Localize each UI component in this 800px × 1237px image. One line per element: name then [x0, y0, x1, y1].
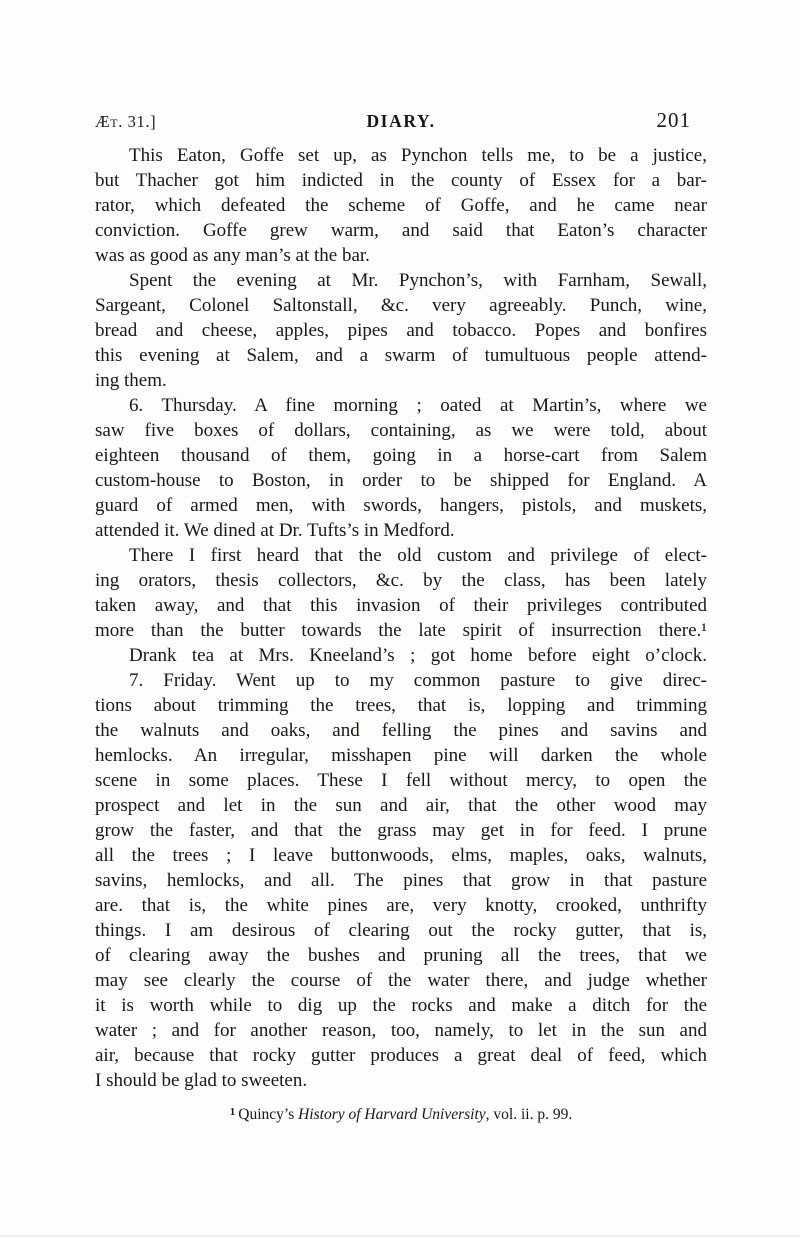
text-line: conviction. Goffe grew warm, and said th… — [95, 218, 707, 243]
text-line: Sargeant, Colonel Saltonstall, &c. very … — [95, 293, 707, 318]
text-line: grow the faster, and that the grass may … — [95, 818, 707, 843]
footnote-book-title: History of Harvard University — [298, 1106, 486, 1123]
text-line: but Thacher got him indicted in the coun… — [95, 168, 707, 193]
text-line: the walnuts and oaks, and felling the pi… — [95, 718, 707, 743]
text-line: ing orators, thesis collectors, &c. by t… — [95, 568, 707, 593]
text-line: rator, which defeated the scheme of Goff… — [95, 193, 707, 218]
text-line: water ; and for another reason, too, nam… — [95, 1018, 707, 1043]
text-line: guard of armed men, with swords, hangers… — [95, 493, 707, 518]
header-title: DIARY. — [95, 111, 707, 132]
text-line: ing them. — [95, 368, 707, 393]
text-line: I should be glad to sweeten. — [95, 1068, 707, 1093]
text-line: 6. Thursday. A fine morning ; oated at M… — [95, 393, 707, 418]
text-line: prospect and let in the sun and air, tha… — [95, 793, 707, 818]
text-line: things. I am desirous of clearing out th… — [95, 918, 707, 943]
text-line: saw five boxes of dollars, containing, a… — [95, 418, 707, 443]
text-line: hemlocks. An irregular, misshapen pine w… — [95, 743, 707, 768]
text-line: Drank tea at Mrs. Kneeland’s ; got home … — [95, 643, 707, 668]
text-line: attended it. We dined at Dr. Tufts’s in … — [95, 518, 707, 543]
text-line: all the trees ; I leave buttonwoods, elm… — [95, 843, 707, 868]
text-line: it is worth while to dig up the rocks an… — [95, 993, 707, 1018]
text-line: taken away, and that this invasion of th… — [95, 593, 707, 618]
body-text: This Eaton, Goffe set up, as Pynchon tel… — [95, 143, 707, 1093]
text-line: more than the butter towards the late sp… — [95, 618, 707, 643]
text-line: This Eaton, Goffe set up, as Pynchon tel… — [95, 143, 707, 168]
text-line: air, because that rocky gutter produces … — [95, 1043, 707, 1068]
text-line: of clearing away the bushes and pruning … — [95, 943, 707, 968]
text-line: was as good as any man’s at the bar. — [95, 243, 707, 268]
book-page: Æt. 31.] DIARY. 201 This Eaton, Goffe se… — [0, 0, 800, 1237]
footnote: 1Quincy’s History of Harvard University,… — [95, 1106, 707, 1124]
text-line: this evening at Salem, and a swarm of tu… — [95, 343, 707, 368]
text-line: scene in some places. These I fell witho… — [95, 768, 707, 793]
text-line: tions about trimming the trees, that is,… — [95, 693, 707, 718]
running-header: Æt. 31.] DIARY. 201 — [95, 108, 707, 134]
header-page-number: 201 — [657, 108, 692, 133]
text-line: custom-house to Boston, in order to be s… — [95, 468, 707, 493]
text-line: Spent the evening at Mr. Pynchon’s, with… — [95, 268, 707, 293]
footnote-text-after: , vol. ii. p. 99. — [486, 1106, 573, 1123]
text-line: savins, hemlocks, and all. The pines tha… — [95, 868, 707, 893]
text-line: eighteen thousand of them, going in a ho… — [95, 443, 707, 468]
footnote-text-before: Quincy’s — [238, 1106, 298, 1123]
footnote-marker: 1 — [230, 1106, 236, 1118]
text-line: are. that is, the white pines are, very … — [95, 893, 707, 918]
text-line: 7. Friday. Went up to my common pasture … — [95, 668, 707, 693]
text-line: There I first heard that the old custom … — [95, 543, 707, 568]
text-line: may see clearly the course of the water … — [95, 968, 707, 993]
text-line: bread and cheese, apples, pipes and toba… — [95, 318, 707, 343]
